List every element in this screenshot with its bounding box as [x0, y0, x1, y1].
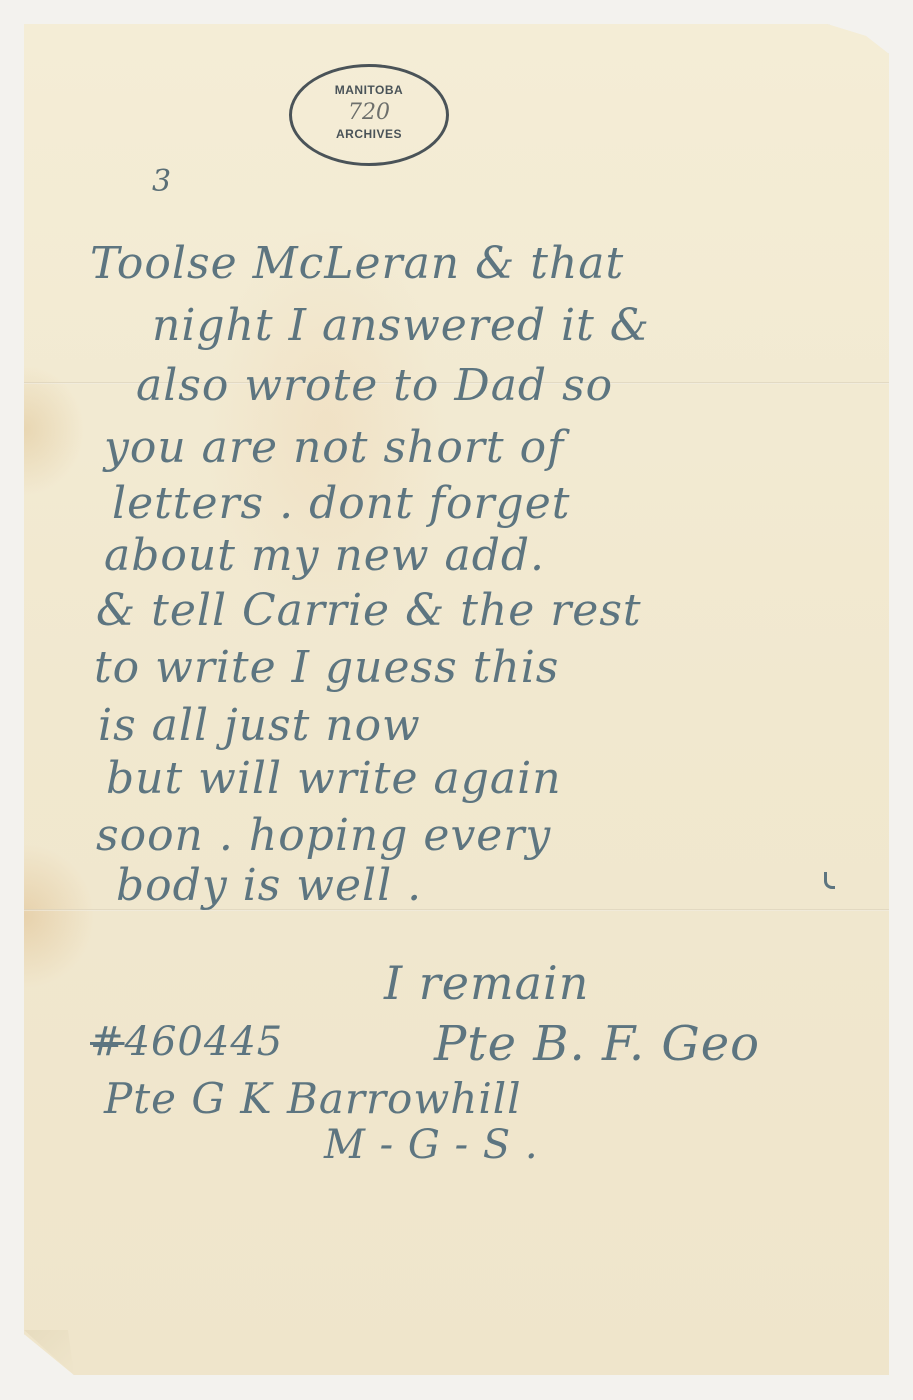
ink-mark — [824, 872, 835, 889]
rank-and-name: Pte G K Barrowhill — [104, 1074, 522, 1123]
stamp-top-text: MANITOBA — [292, 83, 446, 97]
signature: Pte B. F. Geo — [434, 1016, 760, 1072]
service-number: #460445 — [90, 1019, 283, 1065]
service-number-prefix: # — [90, 1019, 125, 1065]
body-line: Toolse McLeran & that — [90, 242, 624, 286]
body-line: about my new add. — [104, 534, 545, 578]
letter-page: MANITOBA 720 ARCHIVES 3 Toolse McLeran &… — [24, 24, 889, 1375]
body-line: letters . dont forget — [112, 482, 570, 526]
service-number-value: 460445 — [125, 1019, 284, 1065]
body-line: you are not short of — [104, 426, 564, 470]
unit-designation: M - G - S . — [324, 1122, 539, 1168]
stamp-bottom-text: ARCHIVES — [292, 127, 446, 141]
page-number: 3 — [152, 164, 171, 199]
body-line: body is well . — [116, 864, 422, 908]
body-line: also wrote to Dad so — [136, 364, 613, 408]
closing-salutation: I remain — [384, 956, 589, 1010]
body-line: soon . hoping every — [96, 814, 551, 858]
body-line: is all just now — [98, 704, 421, 748]
body-line: but will write again — [106, 757, 562, 801]
folded-corner — [24, 1330, 74, 1375]
body-line: & tell Carrie & the rest — [96, 589, 642, 633]
stamp-number: 720 — [292, 100, 446, 125]
body-line: to write I guess this — [94, 646, 559, 690]
archives-stamp: MANITOBA 720 ARCHIVES — [289, 64, 449, 166]
body-line: night I answered it & — [152, 304, 650, 348]
